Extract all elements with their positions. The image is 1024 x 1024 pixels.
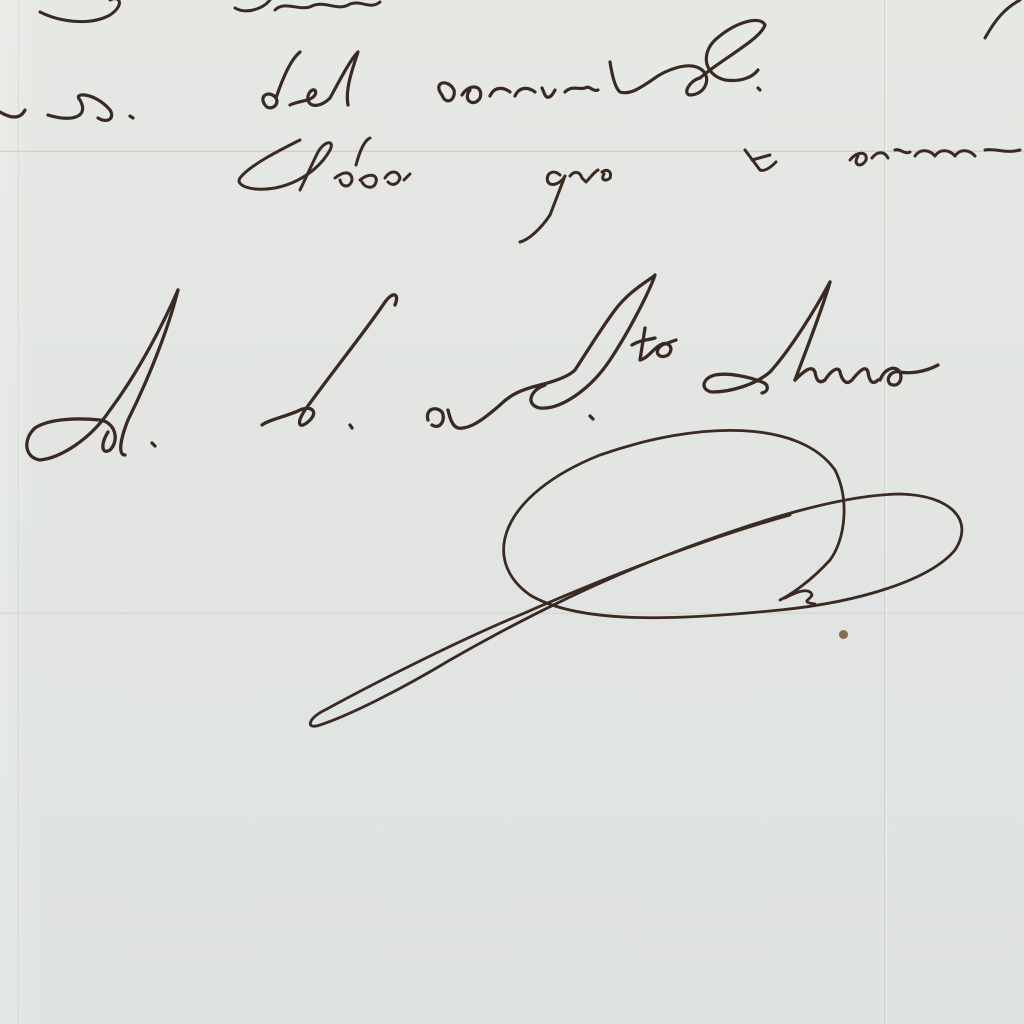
signature-rubric [310, 430, 962, 726]
handwriting [0, 0, 1024, 1024]
letter-page: D. ... ... S. del corriente. Sabes que t… [0, 0, 1024, 1024]
line-1-script [0, 20, 765, 120]
line-2-script [239, 138, 1020, 242]
signature-script [27, 275, 938, 460]
line-0-script [40, 0, 1020, 38]
